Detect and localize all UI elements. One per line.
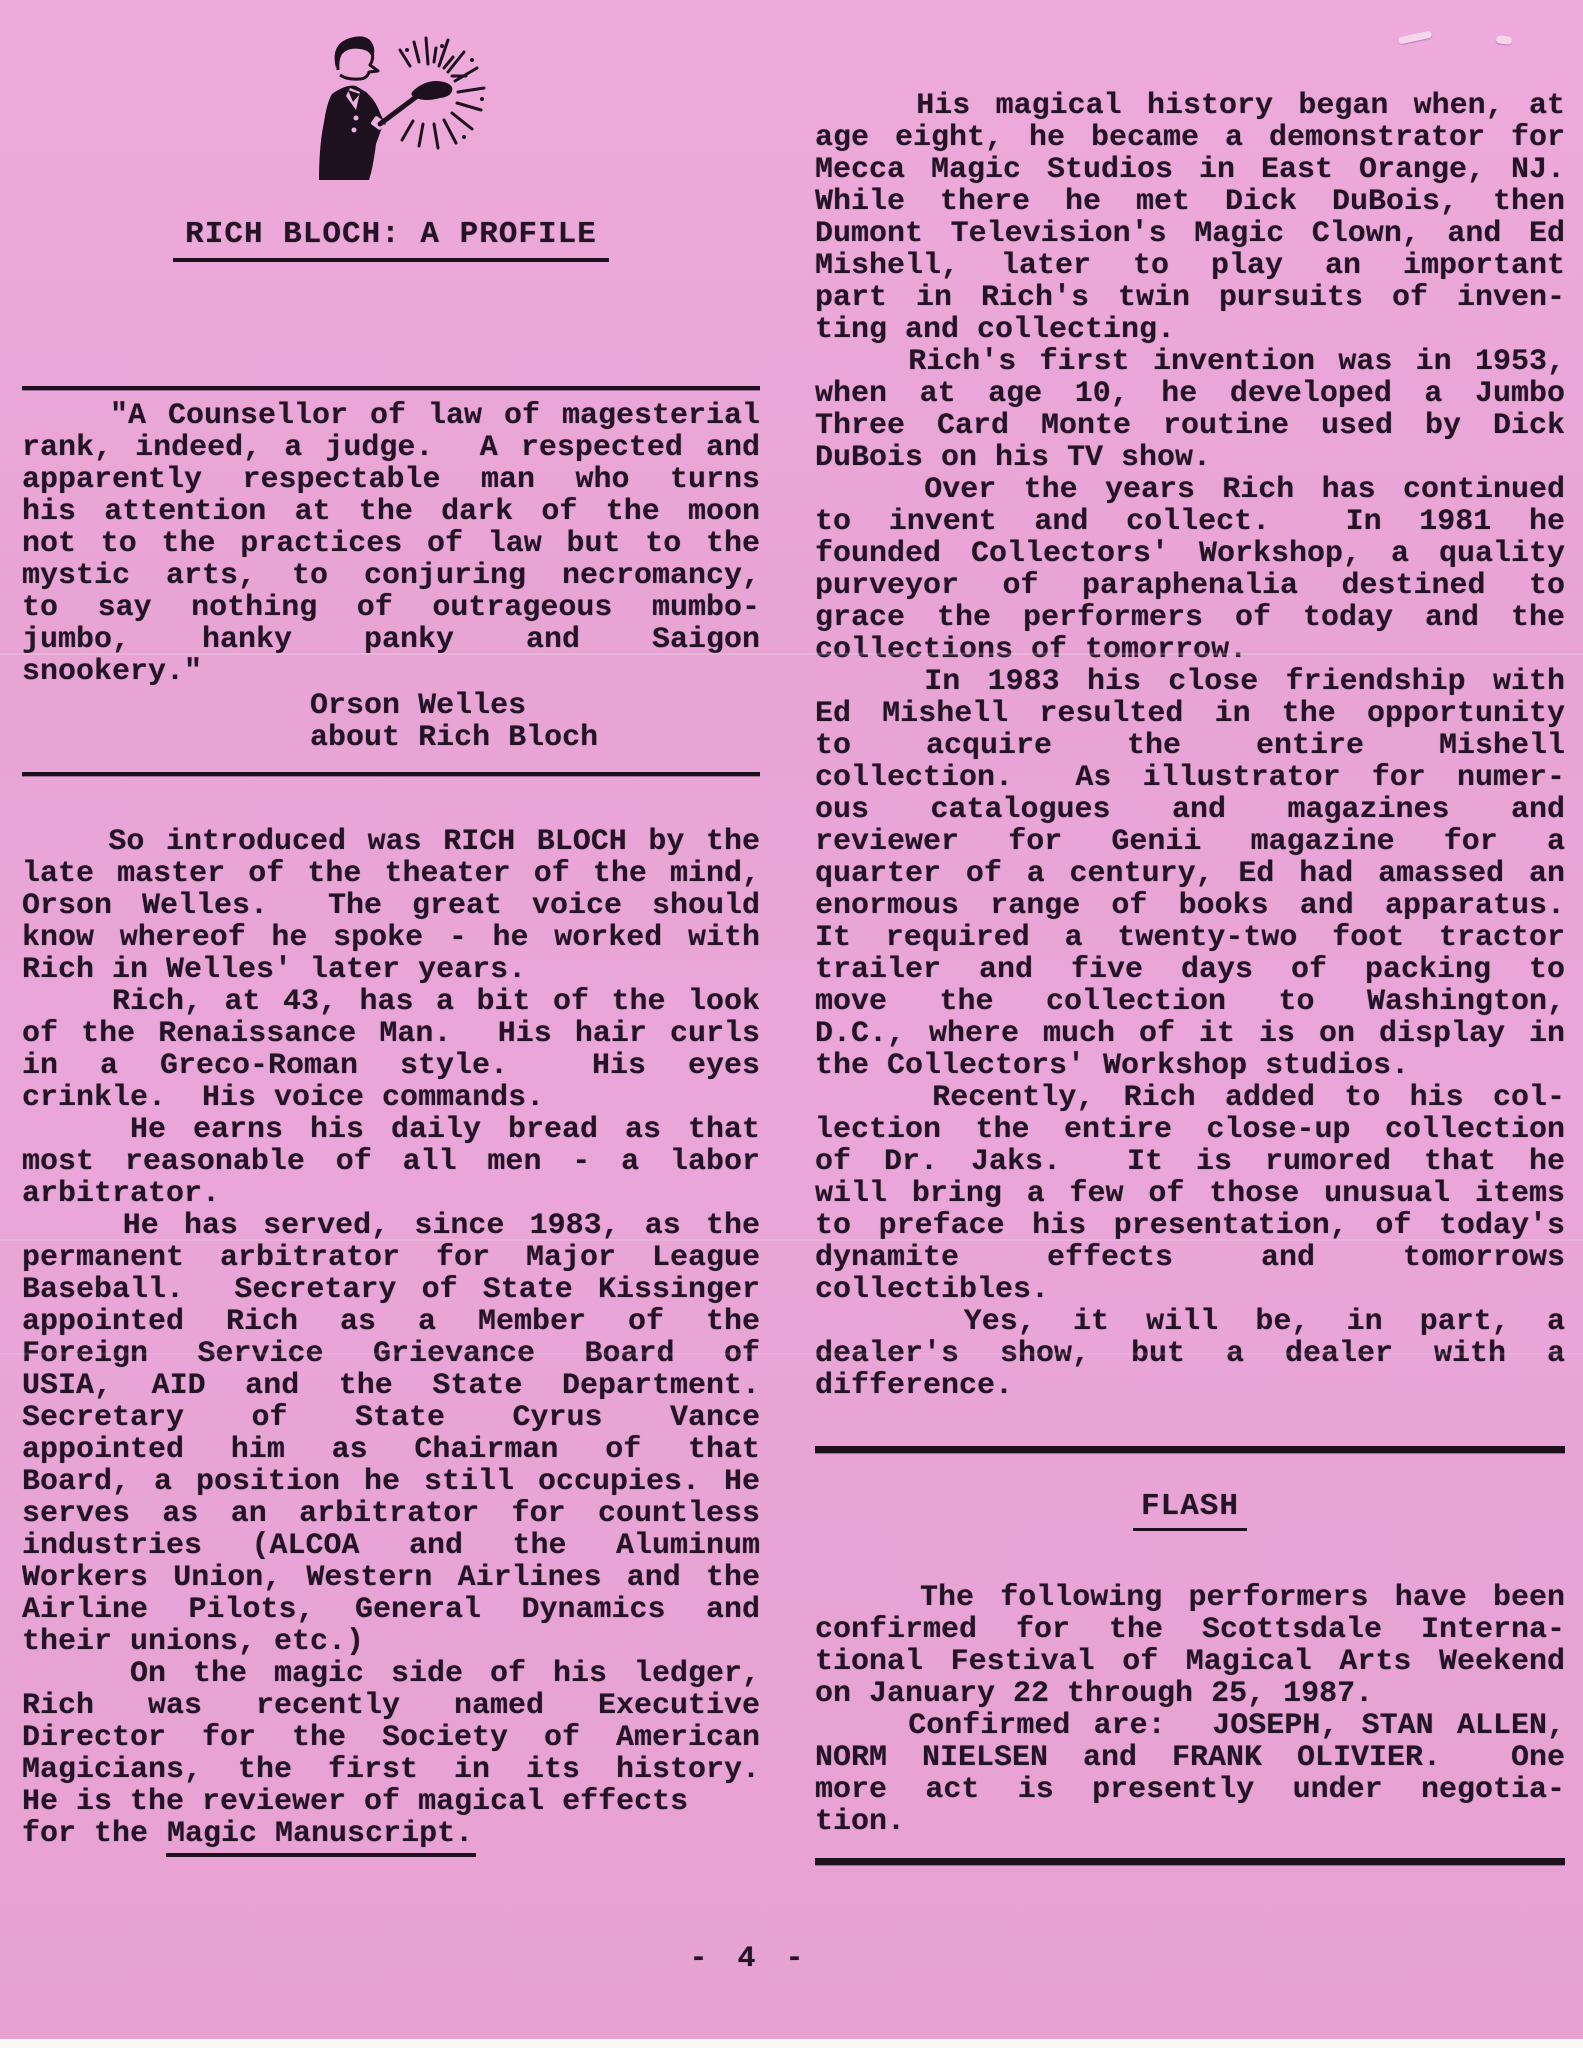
text-line: grace the performers of today and the (815, 602, 1565, 634)
text-line: NORM NIELSEN and FRANK OLIVIER. One (815, 1742, 1565, 1774)
text-line: permanent arbitrator for Major League (22, 1242, 760, 1274)
text-line: quarter of a century, Ed had amassed an (815, 858, 1565, 890)
text-line: crinkle. His voice commands. (22, 1082, 760, 1114)
text-line: rank, indeed, a judge. A respected and (22, 432, 760, 464)
text-line: Orson Welles. The great voice should (22, 890, 760, 922)
profile-article-left: So introduced was RICH BLOCH by thelate … (22, 826, 760, 1850)
text-line: his attention at the dark of the moon (22, 496, 760, 528)
text-line: Magicians, the first in its history. (22, 1754, 760, 1786)
text-line: tion. (815, 1806, 1565, 1838)
flash-article: The following performers have beenconfir… (815, 1582, 1565, 1838)
text-line: Mishell, later to play an important (815, 250, 1565, 282)
text-line: Dumont Television's Magic Clown, and Ed (815, 218, 1565, 250)
text-line: Rich was recently named Executive (22, 1690, 760, 1722)
text-line: difference. (815, 1370, 1565, 1402)
text-line: collectibles. (815, 1274, 1565, 1306)
text-line: serves as an arbitrator for countless (22, 1498, 760, 1530)
text-line: confirmed for the Scottsdale Interna- (815, 1614, 1565, 1646)
text-line: So introduced was RICH BLOCH by the (22, 826, 760, 858)
text-line: founded Collectors' Workshop, a quality (815, 538, 1565, 570)
text-line: The following performers have been (815, 1582, 1565, 1614)
text-line: mystic arts, to conjuring necromancy, (22, 560, 760, 592)
text-line: ous catalogues and magazines and (815, 794, 1565, 826)
text-line: Baseball. Secretary of State Kissinger (22, 1274, 760, 1306)
text-line: industries (ALCOA and the Aluminum (22, 1530, 760, 1562)
text-line: DuBois on his TV show. (815, 442, 1565, 474)
text-line: arbitrator. (22, 1178, 760, 1210)
text-line: most reasonable of all men - a labor (22, 1146, 760, 1178)
text-line: know whereof he spoke - he worked with (22, 922, 760, 954)
last-line-prefix: for the (22, 1817, 166, 1851)
text-line: will bring a few of those unusual items (815, 1178, 1565, 1210)
text-line: to invent and collect. In 1981 he (815, 506, 1565, 538)
text-line: jumbo, hanky panky and Saigon (22, 624, 760, 656)
text-line: reviewer for Genii magazine for a (815, 826, 1565, 858)
quote-attribution: Orson Welles about Rich Bloch (22, 690, 760, 754)
page-number: - 4 - (0, 1942, 1541, 1976)
text-line: Rich in Welles' later years. (22, 954, 760, 986)
text-line: Airline Pilots, General Dynamics and (22, 1594, 760, 1626)
text-line: to preface his presentation, of today's (815, 1210, 1565, 1242)
newsletter-page: { "page": { "bg_color": "#e9a4d6", "ink_… (0, 0, 1583, 2048)
profile-heading-text: RICH BLOCH: A PROFILE (173, 218, 609, 262)
text-line: It required a twenty-two foot tractor (815, 922, 1565, 954)
text-line: Three Card Monte routine used by Dick (815, 410, 1565, 442)
text-line: Mecca Magic Studios in East Orange, NJ. (815, 154, 1565, 186)
text-line: "A Counsellor of law of magesterial (22, 400, 760, 432)
text-line: Recently, Rich added to his col- (815, 1082, 1565, 1114)
text-line: when at age 10, he developed a Jumbo (815, 378, 1565, 410)
text-line: more act is presently under negotia- (815, 1774, 1565, 1806)
text-line: move the collection to Washington, (815, 986, 1565, 1018)
text-line: of the Renaissance Man. His hair curls (22, 1018, 760, 1050)
profile-article-right: His magical history began when, atage ei… (815, 90, 1565, 1402)
text-line: Workers Union, Western Airlines and the (22, 1562, 760, 1594)
text-line: to acquire the entire Mishell (815, 730, 1565, 762)
magician-illustration (276, 26, 501, 201)
text-line: appointed Rich as a Member of the (22, 1306, 760, 1338)
text-line: late master of the theater of the mind, (22, 858, 760, 890)
text-line: dynamite effects and tomorrows (815, 1242, 1565, 1274)
text-line: Yes, it will be, in part, a (815, 1306, 1565, 1338)
text-line: Secretary of State Cyrus Vance (22, 1402, 760, 1434)
paper-crease-mark (1398, 31, 1433, 45)
text-line: tional Festival of Magical Arts Weekend (815, 1646, 1565, 1678)
text-line: lection the entire close-up collection (815, 1114, 1565, 1146)
text-line: On the magic side of his ledger, (22, 1658, 760, 1690)
text-line: In 1983 his close friendship with (815, 666, 1565, 698)
divider-rule-mid-left (22, 772, 760, 776)
text-line: ting and collecting. (815, 314, 1565, 346)
text-line: Over the years Rich has continued (815, 474, 1565, 506)
text-line: part in Rich's twin pursuits of inven- (815, 282, 1565, 314)
divider-rule-bottom-flash (815, 1858, 1565, 1865)
text-line: D.C., where much of it is on display in (815, 1018, 1565, 1050)
text-line: to say nothing of outrageous mumbo- (22, 592, 760, 624)
divider-rule-top-left (22, 386, 760, 390)
text-line: for the Magic Manuscript. (22, 1818, 760, 1850)
text-line: He is the reviewer of magical effects (22, 1786, 760, 1818)
text-line: While there he met Dick DuBois, then (815, 186, 1565, 218)
text-line: dealer's show, but a dealer with a (815, 1338, 1565, 1370)
text-line: He has served, since 1983, as the (22, 1210, 760, 1242)
text-line: Confirmed are: JOSEPH, STAN ALLEN, (815, 1710, 1565, 1742)
text-line: Ed Mishell resulted in the opportunity (815, 698, 1565, 730)
text-line: their unions, etc.) (22, 1626, 760, 1658)
text-line: appointed him as Chairman of that (22, 1434, 760, 1466)
text-line: the Collectors' Workshop studios. (815, 1050, 1565, 1082)
text-line: age eight, he became a demonstrator for (815, 122, 1565, 154)
text-line: not to the practices of law but to the (22, 528, 760, 560)
text-line: Foreign Service Grievance Board of (22, 1338, 760, 1370)
scan-edge (0, 2039, 1583, 2048)
text-line: His magical history began when, at (815, 90, 1565, 122)
text-line: USIA, AID and the State Department. (22, 1370, 760, 1402)
text-line: enormous range of books and apparatus. (815, 890, 1565, 922)
orson-welles-quote: "A Counsellor of law of magesterialrank,… (22, 400, 760, 688)
text-line: Orson Welles (22, 690, 760, 722)
profile-heading: RICH BLOCH: A PROFILE (22, 218, 760, 262)
divider-rule-top-flash (815, 1446, 1565, 1453)
text-line: on January 22 through 25, 1987. (815, 1678, 1565, 1710)
magic-manuscript-underlined: Magic Manuscript. (166, 1817, 476, 1857)
text-line: Rich, at 43, has a bit of the look (22, 986, 760, 1018)
flash-heading-text: FLASH (1133, 1490, 1247, 1531)
text-line: He earns his daily bread as that (22, 1114, 760, 1146)
text-line: collection. As illustrator for numer- (815, 762, 1565, 794)
text-line: Director for the Society of American (22, 1722, 760, 1754)
profile-article-left-paragraphs: So introduced was RICH BLOCH by thelate … (22, 826, 760, 1818)
paper-crease-mark (1496, 35, 1513, 45)
text-line: snookery." (22, 656, 760, 688)
flash-heading: FLASH (815, 1490, 1565, 1531)
text-line: collections of tomorrow. (815, 634, 1565, 666)
text-line: about Rich Bloch (22, 722, 760, 754)
text-line: Board, a position he still occupies. He (22, 1466, 760, 1498)
text-line: trailer and five days of packing to (815, 954, 1565, 986)
text-line: of Dr. Jaks. It is rumored that he (815, 1146, 1565, 1178)
text-line: Rich's first invention was in 1953, (815, 346, 1565, 378)
text-line: apparently respectable man who turns (22, 464, 760, 496)
text-line: in a Greco-Roman style. His eyes (22, 1050, 760, 1082)
text-line: purveyor of paraphenalia destined to (815, 570, 1565, 602)
